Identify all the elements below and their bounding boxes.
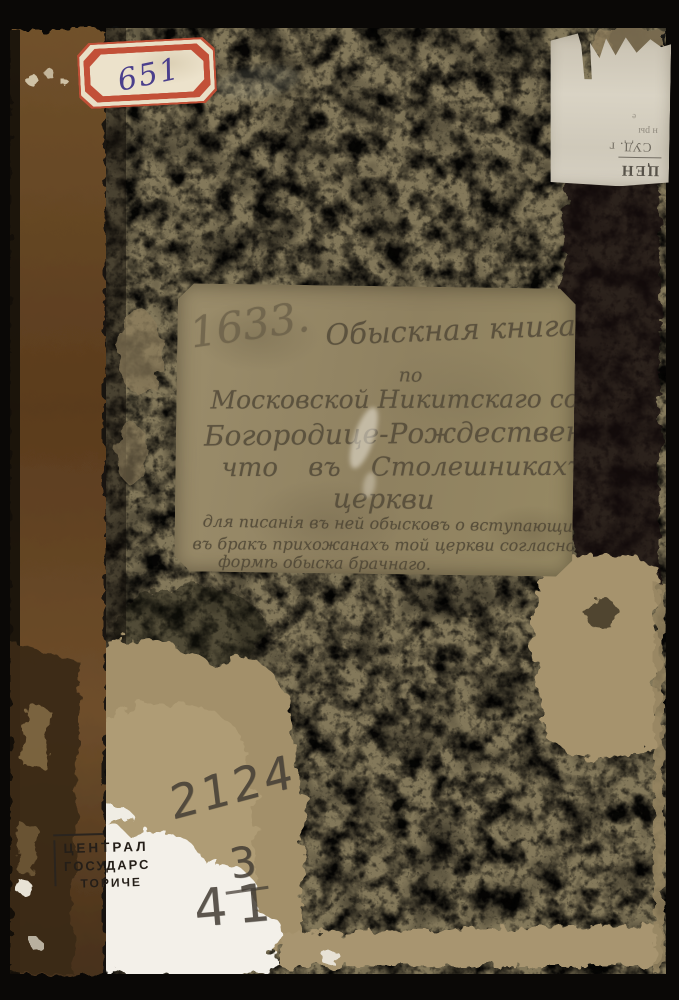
stamp-fragment-line: н ры	[554, 122, 662, 139]
stamp-fragment-line: ЦЕН	[618, 157, 662, 181]
book-title: Обыскная книга	[325, 308, 577, 352]
title-line-church2: что въ Столешникахъ,	[221, 452, 593, 483]
call-number-delo: 41	[192, 872, 283, 939]
title-line-po: по	[399, 364, 423, 386]
title-label: 1633. Обыскная книга по Московской Никит…	[174, 283, 576, 577]
shelf-label-face: 651	[89, 49, 205, 97]
shelf-number-label: 651	[76, 36, 217, 109]
torn-paper-label: ЦЕН СУД. г н ры е	[546, 33, 672, 187]
shelf-number: 651	[115, 51, 184, 98]
shelf-label-border-gap: 651	[78, 39, 215, 108]
shelf-label-inner-border: 651	[83, 43, 212, 104]
title-line-small1: для писанія въ ней обысковъ о вступающих…	[203, 512, 593, 536]
upside-down-stamp-fragment: ЦЕН СУД. г н ры е	[553, 108, 662, 182]
title-line-church3: церкви	[333, 483, 435, 515]
title-line-small3: формѣ обыска брачнаго.	[218, 552, 431, 574]
stamp-fragment-line: е	[554, 108, 662, 123]
stamp-fragment-line: СУД. г	[554, 137, 663, 158]
year-number: 1633.	[187, 292, 313, 358]
spine-leather	[10, 28, 120, 974]
archival-book-cover-photo: 651 ЦЕН СУД. г н ры е 1633. Обыскная кни…	[0, 0, 679, 1000]
